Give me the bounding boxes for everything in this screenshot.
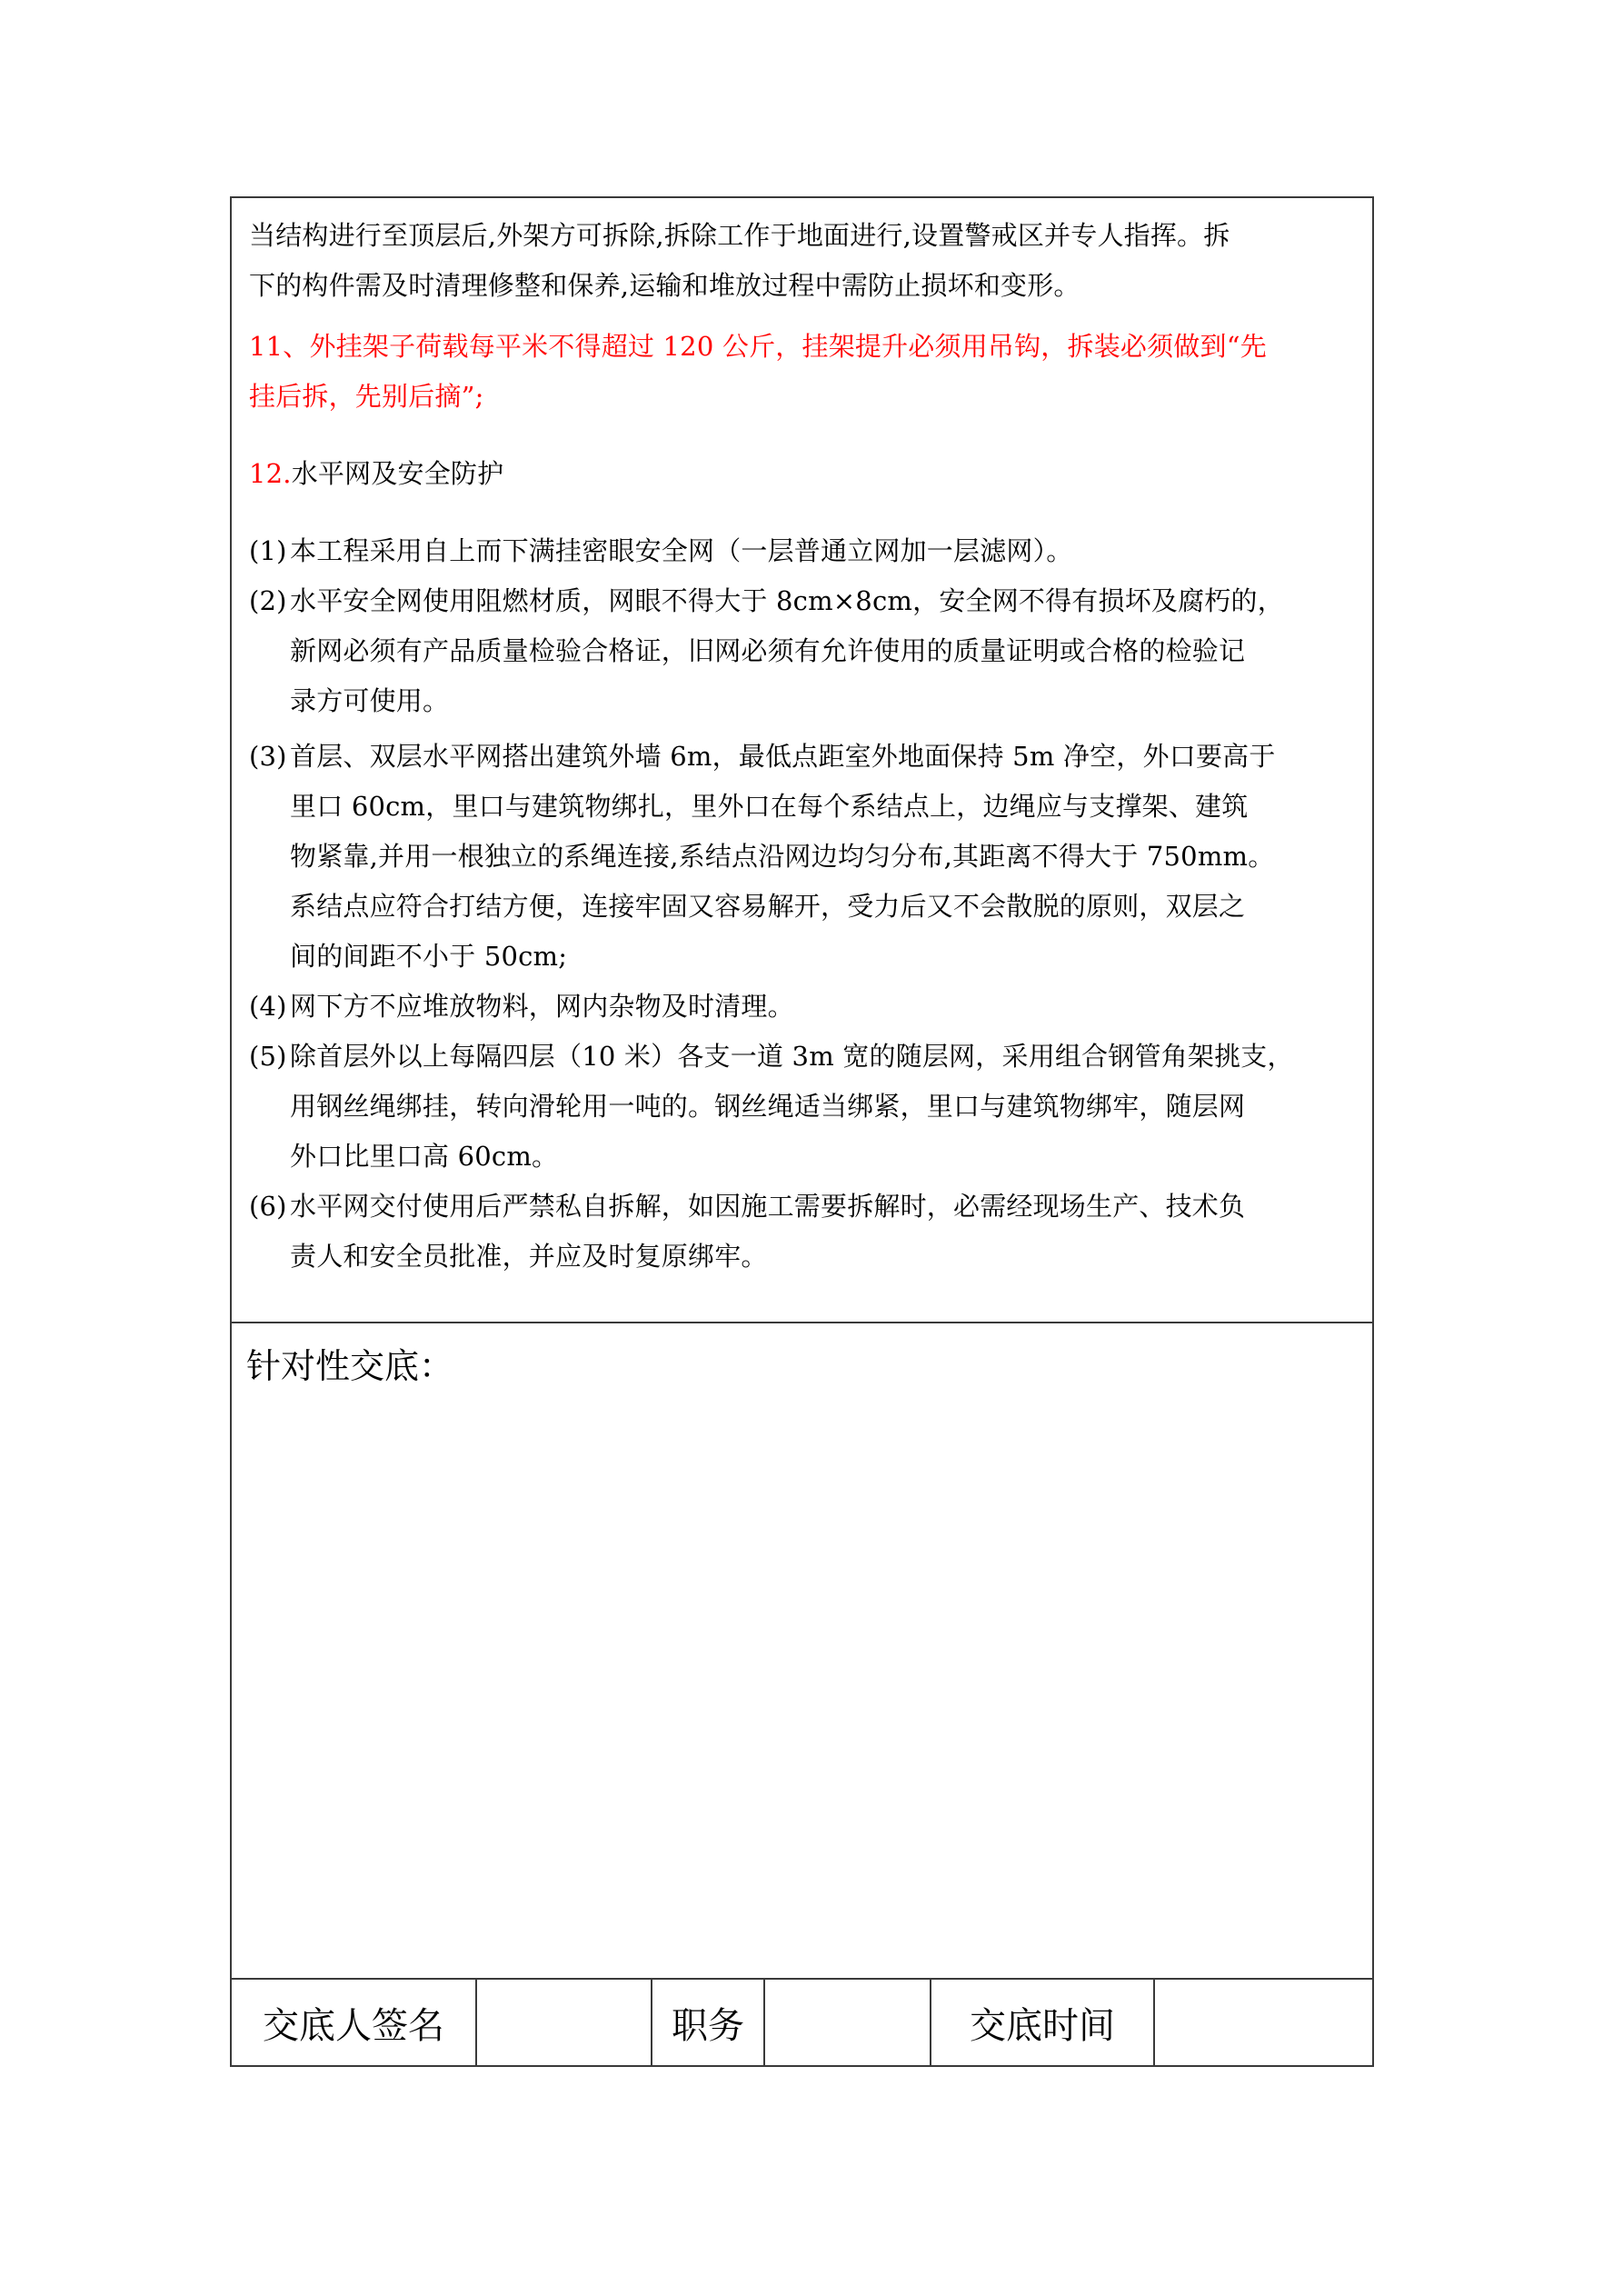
subitem-5: (5)除首层外以上每隔四层（10 米）各支一道 3m 宽的随层网，采用组合钢管角… bbox=[249, 1032, 1359, 1182]
signer-field[interactable] bbox=[477, 1980, 652, 2065]
subitem-1: (1)本工程采用自上而下满挂密眼安全网（一层普通立网加一层滤网）。 bbox=[249, 526, 1359, 576]
subitem-text: 里口 60cm，里口与建筑物绑扎，里外口在每个系结点上，边绳应与支撑架、建筑 bbox=[249, 782, 1359, 832]
item-11-line-2: 挂后拆，先别后摘”; bbox=[249, 372, 1359, 422]
subitem-text: 首层、双层水平网搭出建筑外墙 6m，最低点距室外地面保持 5m 净空，外口要高于 bbox=[290, 741, 1276, 772]
subitem-label: (5) bbox=[249, 1032, 290, 1082]
subitem-text: 录方可使用。 bbox=[249, 676, 1359, 726]
signature-row: 交底人签名 职务 交底时间 bbox=[232, 1980, 1372, 2065]
subitem-text: 用钢丝绳绑挂，转向滑轮用一吨的。钢丝绳适当绑紧，里口与建筑物绑牢，随层网 bbox=[249, 1082, 1359, 1132]
subitem-text: 新网必须有产品质量检验合格证，旧网必须有允许使用的质量证明或合格的检验记 bbox=[249, 626, 1359, 676]
subitem-text: 外口比里口高 60cm。 bbox=[249, 1132, 1359, 1182]
intro-line-1: 当结构进行至顶层后,外架方可拆除,拆除工作于地面进行,设置警戒区并专人指挥。拆 bbox=[249, 211, 1359, 261]
signer-label: 交底人签名 bbox=[232, 1980, 477, 2065]
subitem-4: (4)网下方不应堆放物料，网内杂物及时清理。 bbox=[249, 982, 1359, 1032]
subitem-text: 间的间距不小于 50cm; bbox=[249, 932, 1359, 982]
disclosure-table: 当结构进行至顶层后,外架方可拆除,拆除工作于地面进行,设置警戒区并专人指挥。拆 … bbox=[230, 196, 1374, 2067]
subitem-text: 网下方不应堆放物料，网内杂物及时清理。 bbox=[290, 991, 794, 1022]
subitem-label: (1) bbox=[249, 526, 290, 576]
subitem-text: 水平安全网使用阻燃材质，网眼不得大于 8cm×8cm，安全网不得有损坏及腐朽的， bbox=[290, 585, 1284, 616]
item-12-heading: 12.水平网及安全防护 bbox=[249, 449, 1359, 499]
subitem-text: 除首层外以上每隔四层（10 米）各支一道 3m 宽的随层网，采用组合钢管角架挑支… bbox=[290, 1041, 1294, 1072]
subitem-label: (6) bbox=[249, 1182, 290, 1232]
subitem-label: (2) bbox=[249, 576, 290, 626]
item-11-line-1: 11、外挂架子荷载每平米不得超过 120 公斤，挂架提升必须用吊钩，拆装必须做到… bbox=[249, 322, 1359, 372]
subitem-6: (6)水平网交付使用后严禁私自拆解，如因施工需要拆解时，必需经现场生产、技术负 … bbox=[249, 1182, 1359, 1282]
content-cell: 当结构进行至顶层后,外架方可拆除,拆除工作于地面进行,设置警戒区并专人指挥。拆 … bbox=[232, 198, 1372, 1323]
subitem-label: (3) bbox=[249, 732, 290, 782]
document-page: 当结构进行至顶层后,外架方可拆除,拆除工作于地面进行,设置警戒区并专人指挥。拆 … bbox=[0, 0, 1623, 2296]
subitem-text: 系结点应符合打结方便，连接牢固又容易解开，受力后又不会散脱的原则，双层之 bbox=[249, 882, 1359, 932]
targeted-disclosure-cell[interactable]: 针对性交底： bbox=[232, 1323, 1372, 1980]
subitem-text: 物紧靠,并用一根独立的系绳连接,系结点沿网边均匀分布,其距离不得大于 750mm… bbox=[249, 832, 1359, 882]
subitem-text: 责人和安全员批准，并应及时复原绑牢。 bbox=[249, 1232, 1359, 1282]
subitem-3: (3)首层、双层水平网搭出建筑外墙 6m，最低点距室外地面保持 5m 净空，外口… bbox=[249, 732, 1359, 982]
position-field[interactable] bbox=[765, 1980, 931, 2065]
subitem-label: (4) bbox=[249, 982, 290, 1032]
disclosure-time-label: 交底时间 bbox=[931, 1980, 1155, 2065]
subitem-2: (2)水平安全网使用阻燃材质，网眼不得大于 8cm×8cm，安全网不得有损坏及腐… bbox=[249, 576, 1359, 726]
disclosure-time-field[interactable] bbox=[1155, 1980, 1372, 2065]
item-12-number: 12. bbox=[249, 458, 292, 489]
item-12-title: 水平网及安全防护 bbox=[292, 458, 504, 489]
intro-line-2: 下的构件需及时清理修整和保养,运输和堆放过程中需防止损坏和变形。 bbox=[249, 261, 1359, 311]
position-label: 职务 bbox=[652, 1980, 765, 2065]
subitem-text: 本工程采用自上而下满挂密眼安全网（一层普通立网加一层滤网）。 bbox=[290, 535, 1073, 566]
subitem-text: 水平网交付使用后严禁私自拆解，如因施工需要拆解时，必需经现场生产、技术负 bbox=[290, 1191, 1245, 1222]
targeted-disclosure-label: 针对性交底： bbox=[246, 1343, 1372, 1389]
